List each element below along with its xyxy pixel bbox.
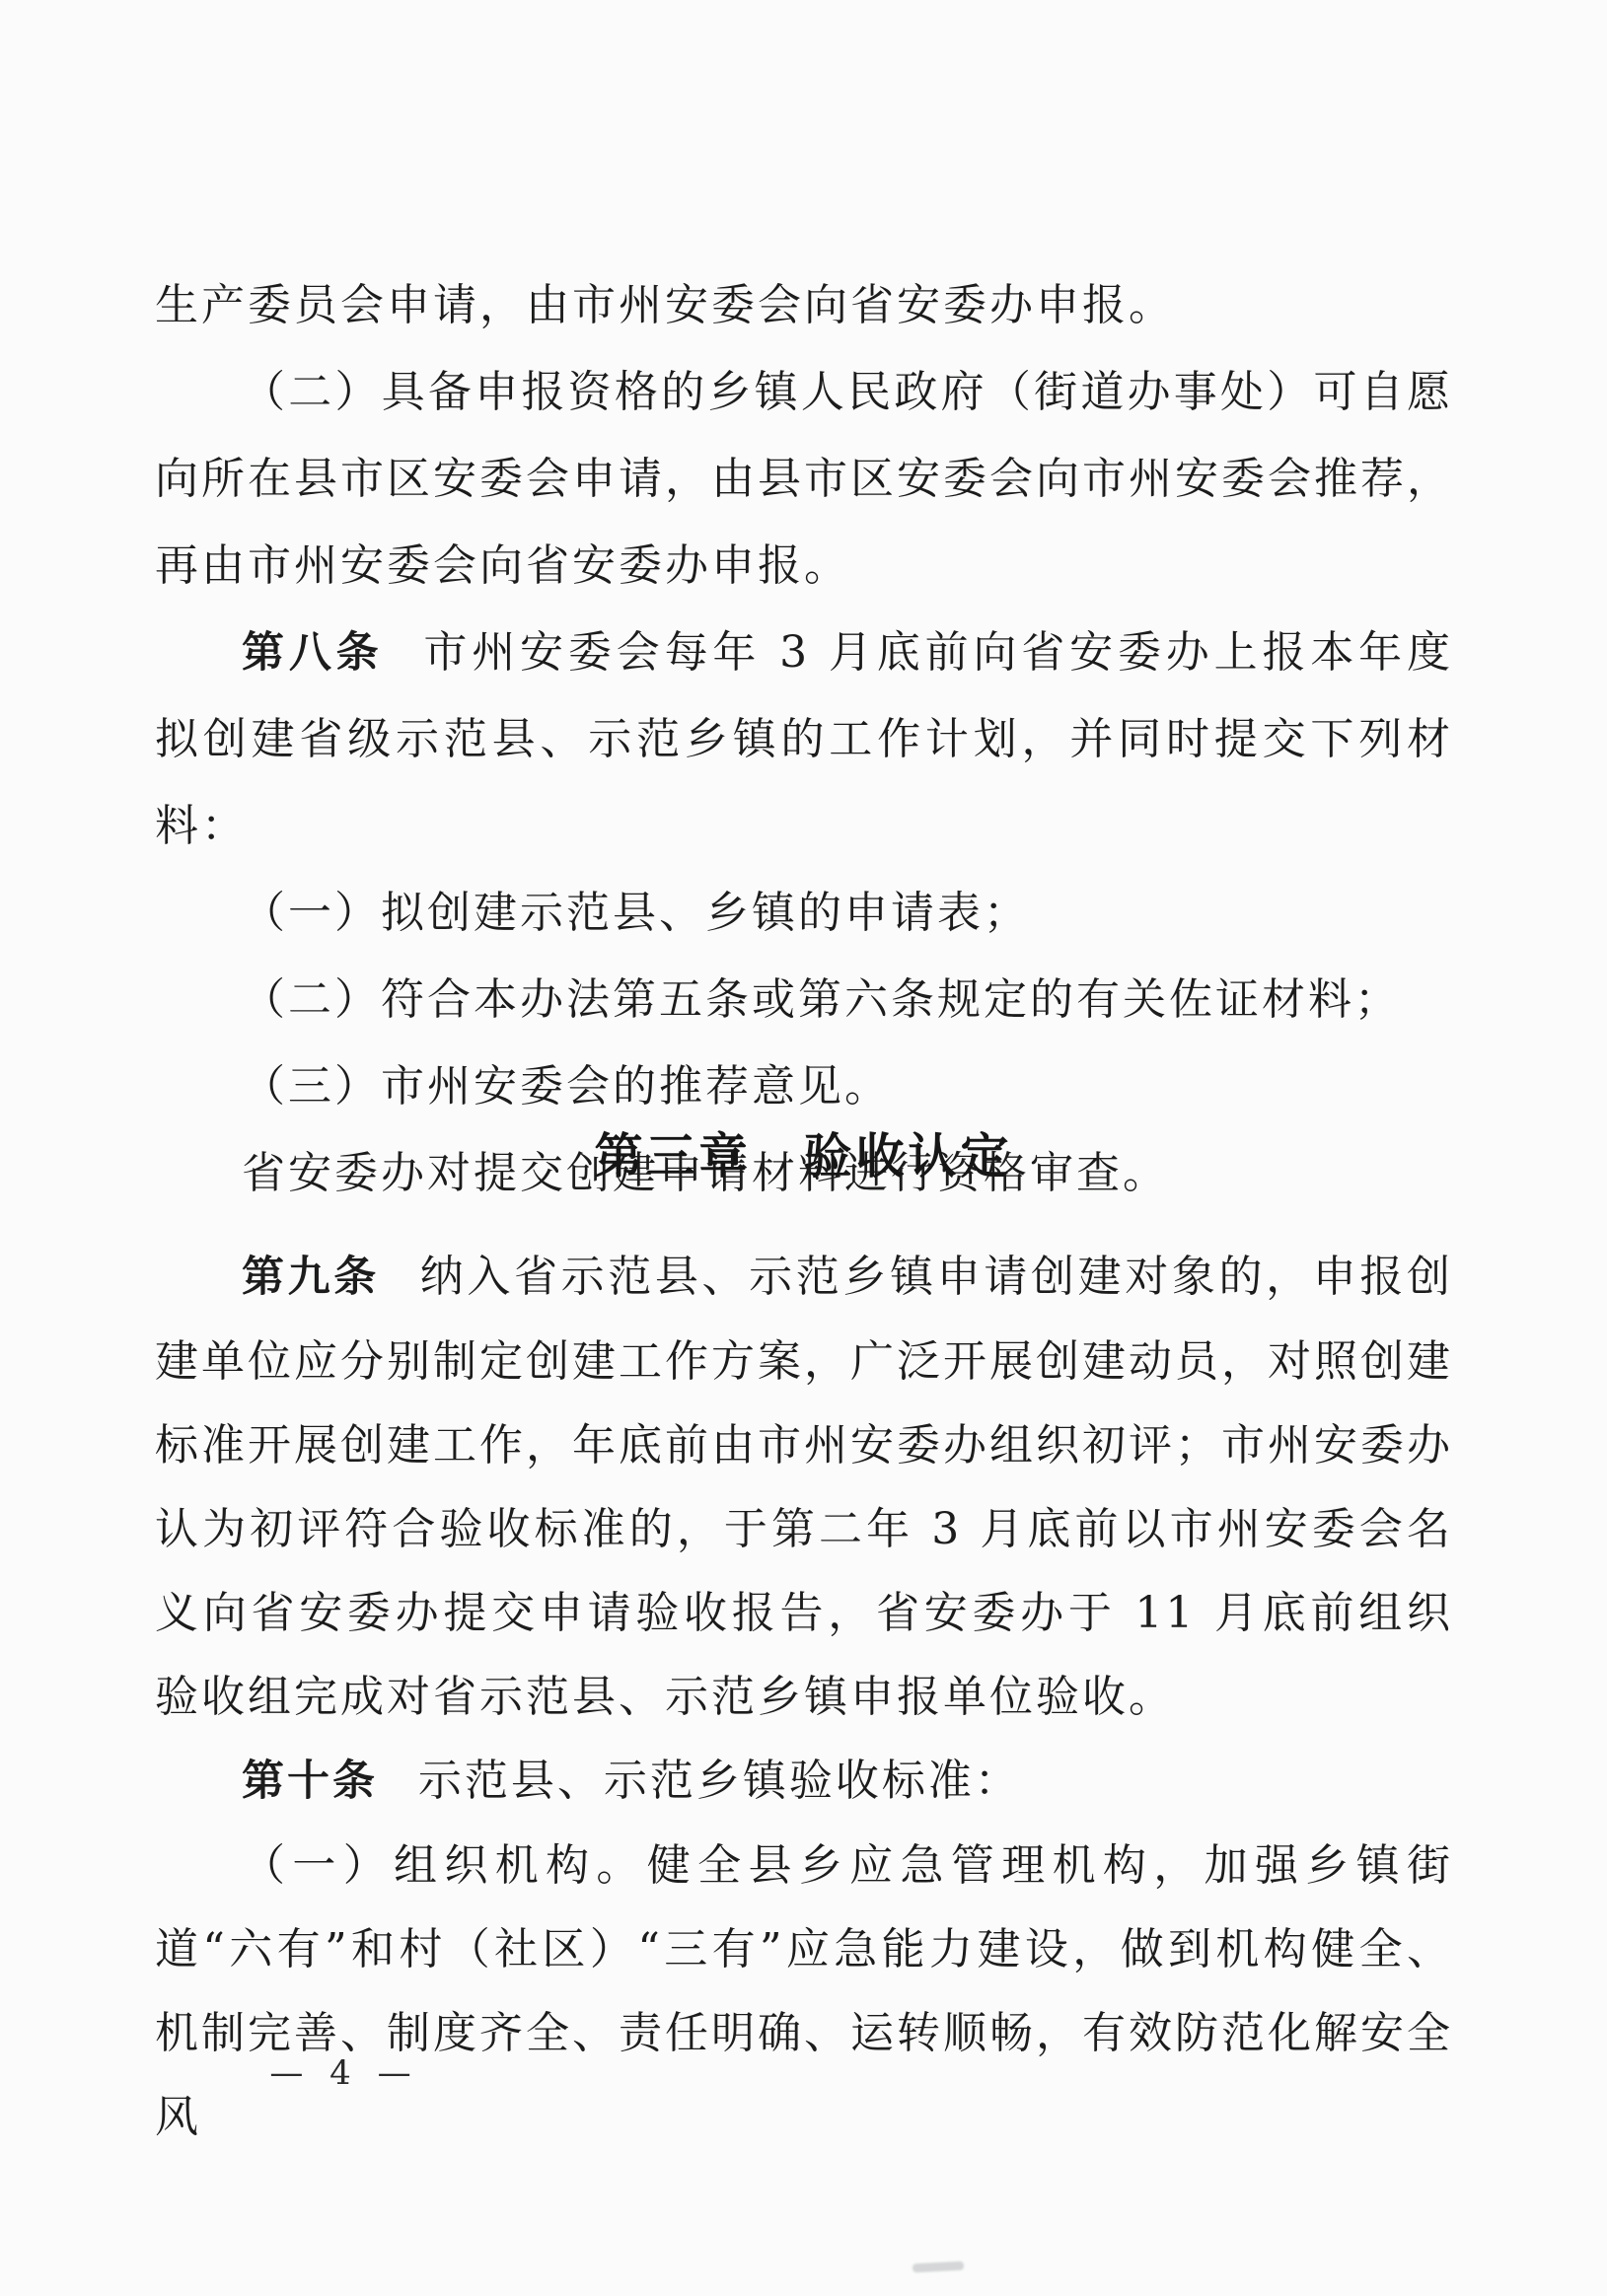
para-article-8: 第八条市州安委会每年 3 月底前向省安委办上报本年度拟创建省级示范县、示范乡镇的… xyxy=(155,610,1453,870)
text-block-upper: 生产委员会申请，由市州安委会向省安委办申报。 （二）具备申报资格的乡镇人民政府（… xyxy=(155,262,1453,1217)
text-block-lower: 第九条纳入省示范县、示范乡镇申请创建对象的，申报创建单位应分别制定创建工作方案，… xyxy=(155,1235,1453,2159)
para-article-10: 第十条示范县、示范乡镇验收标准： xyxy=(155,1739,1453,1824)
para-text: 生产委员会申请，由市州安委会向省安委办申报。 xyxy=(155,280,1175,330)
article-number: 第八条 xyxy=(242,628,384,678)
para-standard-1: （一）组织机构。健全县乡应急管理机构，加强乡镇街道“六有”和村（社区）“三有”应… xyxy=(155,1824,1453,2159)
para-text: （一）拟创建示范县、乡镇的申请表； xyxy=(242,888,1030,938)
para-text: （一）组织机构。健全县乡应急管理机构，加强乡镇街道“六有”和村（社区）“三有”应… xyxy=(155,1840,1453,2142)
document-page: 生产委员会申请，由市州安委会向省安委办申报。 （二）具备申报资格的乡镇人民政府（… xyxy=(0,0,1607,2296)
para-list-2: （二）符合本办法第五条或第六条规定的有关佐证材料； xyxy=(155,957,1453,1043)
para-text: 示范县、示范乡镇验收标准： xyxy=(418,1756,1021,1806)
para-item-2: （二）具备申报资格的乡镇人民政府（街道办事处）可自愿向所在县市区安委会申请，由县… xyxy=(155,349,1453,610)
article-number: 第九条 xyxy=(242,1253,380,1302)
para-text: （二）具备申报资格的乡镇人民政府（街道办事处）可自愿向所在县市区安委会申请，由县… xyxy=(155,367,1453,591)
para-list-1: （一）拟创建示范县、乡镇的申请表； xyxy=(155,870,1453,957)
para-continuation: 生产委员会申请，由市州安委会向省安委办申报。 xyxy=(155,262,1453,349)
para-text: （三）市州安委会的推荐意见。 xyxy=(242,1061,891,1112)
scan-artifact xyxy=(913,2261,964,2273)
para-article-9: 第九条纳入省示范县、示范乡镇申请创建对象的，申报创建单位应分别制定创建工作方案，… xyxy=(155,1235,1453,1739)
para-text: 纳入省示范县、示范乡镇申请创建对象的，申报创建单位应分别制定创建工作方案，广泛开… xyxy=(155,1252,1453,1722)
para-list-3: （三）市州安委会的推荐意见。 xyxy=(155,1043,1453,1130)
article-number: 第十条 xyxy=(242,1757,378,1806)
page-number: — 4 — xyxy=(247,2053,434,2093)
para-text: （二）符合本办法第五条或第六条规定的有关佐证材料； xyxy=(242,974,1401,1025)
chapter-heading: 第三章 验收认定 xyxy=(0,1124,1607,1187)
